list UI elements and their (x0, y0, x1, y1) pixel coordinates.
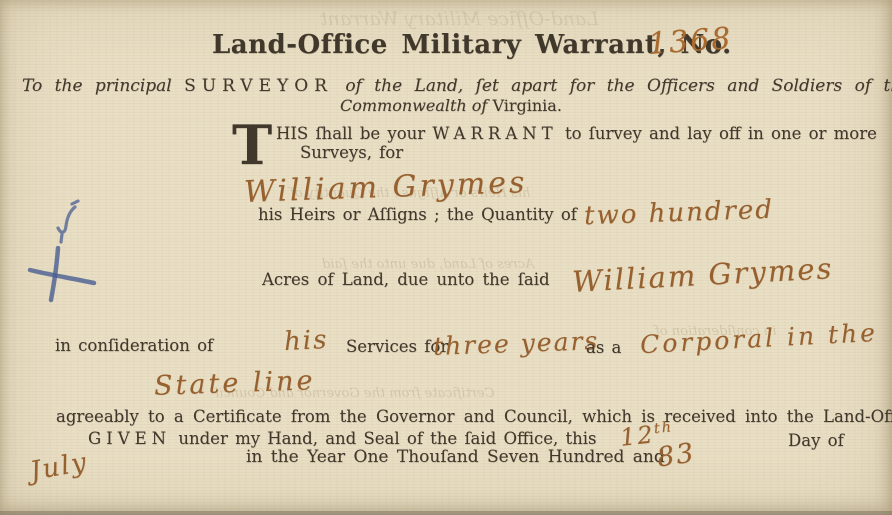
body-warrant-word: WARRANT (432, 124, 557, 143)
blue-check-mark (48, 198, 88, 244)
dropcap-T: T (232, 118, 272, 172)
service-term: three years (433, 326, 600, 361)
grantee-name-2: William Grymes (571, 251, 834, 299)
possessive-value: his (283, 325, 329, 357)
grantee-name: William Grymes (243, 165, 527, 210)
addressee-line: To the principal SURVEYOR of the Land, ſ… (22, 76, 892, 96)
blue-cross-mark (26, 246, 100, 304)
addressee-surveyor: SURVEYOR (184, 76, 333, 96)
commonwealth-line: Commonwealth of Virginia. (340, 96, 562, 115)
year-number: 83 (655, 437, 697, 473)
consideration-label: in conſideration of (55, 336, 213, 355)
certificate-line: agreeably to a Certificate from the Gove… (56, 407, 892, 426)
body-line-2: Surveys, for (300, 143, 403, 162)
given-line: GIVEN under my Hand, and Seal of the ſai… (88, 429, 597, 448)
body-line-1: HIS ſhall be your WARRANT to ſurvey and … (276, 124, 877, 143)
given-word: GIVEN (88, 429, 171, 448)
bleed-through-text: Land-Office Military Warrant (320, 8, 599, 30)
given-rest: under my Hand, and Seal of the ſaid Offi… (178, 429, 596, 448)
commonwealth-roman: Virginia. (492, 96, 561, 115)
quantity-value: two hundred (584, 195, 775, 232)
month-value: July (28, 447, 90, 487)
day-of-label: Day of (788, 431, 844, 450)
commonwealth-italic: Commonwealth of (340, 96, 487, 115)
year-line: in the Year One Thouſand Seven Hundred a… (246, 447, 665, 467)
body-line1-pre: HIS ſhall be your (276, 124, 425, 143)
body-line1-post: to ſurvey and lay off in one or more (565, 124, 877, 143)
acres-line: Acres of Land, due unto the ſaid (262, 270, 550, 289)
line-name: State line (154, 365, 316, 402)
addressee-post: of the Land, ſet apart for the Officers … (345, 76, 892, 96)
warrant-document: Land-Office Military Warrant his Heirs o… (0, 0, 892, 515)
as-a-label: as a (586, 338, 621, 357)
heirs-line: his Heirs or Aſſigns ; the Quantity of (258, 205, 577, 224)
addressee-pre: To the principal (22, 76, 172, 96)
day-suffix: th (653, 419, 674, 437)
warrant-number: 1368 (647, 21, 734, 62)
